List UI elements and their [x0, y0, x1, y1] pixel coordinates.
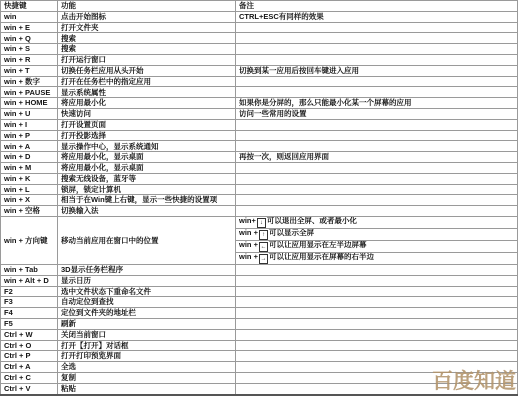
key-cell: win + 空格: [1, 206, 58, 217]
function-cell: 锁屏，锁定计算机: [58, 184, 236, 195]
function-cell: 移动当前应用在窗口中的位置: [58, 216, 236, 264]
note-cell: [236, 318, 518, 329]
table-row: F3自动定位到查找: [1, 297, 518, 308]
table-row: win + Tab3D显示任务栏程序: [1, 264, 518, 275]
key-cell: win + E: [1, 22, 58, 33]
table-row: win + X相当于在Win键上右键，显示一些快捷的设置项: [1, 195, 518, 206]
function-cell: 将应用最小化，显示桌面: [58, 162, 236, 173]
table-row: F5刷新: [1, 318, 518, 329]
function-cell: 打开在任务栏中的指定应用: [58, 76, 236, 87]
arrow-up-icon: ↑: [259, 230, 268, 240]
note-text: 可以退出全屏、或者最小化: [267, 216, 357, 225]
function-cell: 3D显示任务栏程序: [58, 264, 236, 275]
function-cell: 打开运行窗口: [58, 54, 236, 65]
header-shortcut: 快捷键: [1, 1, 58, 12]
note-cell: [236, 206, 518, 217]
function-cell: 复制: [58, 372, 236, 383]
key-prefix-label: win +: [239, 240, 258, 249]
note-cell: [236, 141, 518, 152]
key-cell: F4: [1, 308, 58, 319]
function-cell: 打开打印预览界面: [58, 351, 236, 362]
key-cell: win + Tab: [1, 264, 58, 275]
function-cell: 显示操作中心，显示系统通知: [58, 141, 236, 152]
note-cell: [236, 76, 518, 87]
note-cell: [236, 87, 518, 98]
function-cell: 打开文件夹: [58, 22, 236, 33]
note-cell: [236, 44, 518, 55]
function-cell: 显示系统属性: [58, 87, 236, 98]
key-cell: win + K: [1, 173, 58, 184]
function-cell: 显示日历: [58, 275, 236, 286]
key-cell: F2: [1, 286, 58, 297]
key-cell: F3: [1, 297, 58, 308]
table-row: win + HOME将应用最小化如果你是分屏的，那么只能最小化某一个屏幕的应用: [1, 98, 518, 109]
function-cell: 搜索: [58, 33, 236, 44]
shortcut-table: 快捷键 功能 备注 win点击开始图标CTRL+ESC有同样的效果win + E…: [0, 0, 518, 396]
function-cell: 粘贴: [58, 383, 236, 394]
table-row: Ctrl + W关闭当前窗口: [1, 329, 518, 340]
key-cell: win + L: [1, 184, 58, 195]
note-cell: [236, 264, 518, 275]
function-cell: 快速访问: [58, 108, 236, 119]
table-row: Ctrl + A全选: [1, 362, 518, 373]
table-row: win + R打开运行窗口: [1, 54, 518, 65]
note-cell: [236, 297, 518, 308]
note-cell: 访问一些常用的设置: [236, 108, 518, 119]
table-row: win + S搜索: [1, 44, 518, 55]
function-cell: 搜索: [58, 44, 236, 55]
key-cell: win + X: [1, 195, 58, 206]
note-cell: [236, 286, 518, 297]
table-row: win + T切换任务栏应用从头开始切换到某一应用后按回车键进入应用: [1, 65, 518, 76]
note-cell: [236, 195, 518, 206]
arrow-down-icon: ↓: [257, 218, 266, 228]
header-function: 功能: [58, 1, 236, 12]
key-cell: win + D: [1, 152, 58, 163]
key-cell: Ctrl + C: [1, 372, 58, 383]
arrow-left-icon: ←: [259, 242, 268, 252]
function-cell: 自动定位到查找: [58, 297, 236, 308]
table-row: F2选中文件状态下重命名文件: [1, 286, 518, 297]
key-cell: win + Alt + D: [1, 275, 58, 286]
function-cell: 打开投影选择: [58, 130, 236, 141]
key-cell: Ctrl + O: [1, 340, 58, 351]
note-cell: CTRL+ESC有同样的效果: [236, 11, 518, 22]
key-prefix-label: win+: [239, 216, 256, 225]
table-row: win + Alt + D显示日历: [1, 275, 518, 286]
table-row: win + L锁屏，锁定计算机: [1, 184, 518, 195]
key-cell: F5: [1, 318, 58, 329]
key-cell: win + U: [1, 108, 58, 119]
table-row: win + D将应用最小化，显示桌面再按一次，则返回应用界面: [1, 152, 518, 163]
key-cell: win + T: [1, 65, 58, 76]
table-row: win + I打开设置页面: [1, 119, 518, 130]
key-cell: win + S: [1, 44, 58, 55]
table-row: Ctrl + P打开打印预览界面: [1, 351, 518, 362]
note-cell: [236, 329, 518, 340]
key-cell: Ctrl + W: [1, 329, 58, 340]
table-row: win + E打开文件夹: [1, 22, 518, 33]
note-cell: win +↑可以显示全屏: [236, 228, 518, 240]
table-row: win + PAUSE显示系统属性: [1, 87, 518, 98]
note-cell: [236, 184, 518, 195]
note-cell: [236, 372, 518, 383]
table-row: Ctrl + C复制: [1, 372, 518, 383]
key-cell: win + R: [1, 54, 58, 65]
note-cell: 再按一次，则返回应用界面: [236, 152, 518, 163]
key-cell: win + I: [1, 119, 58, 130]
table-row: win + A显示操作中心，显示系统通知: [1, 141, 518, 152]
note-cell: [236, 54, 518, 65]
note-cell: [236, 130, 518, 141]
function-cell: 相当于在Win键上右键，显示一些快捷的设置项: [58, 195, 236, 206]
table-row: win + K搜索无线设备，蓝牙等: [1, 173, 518, 184]
function-cell: 切换输入法: [58, 206, 236, 217]
key-cell: win + PAUSE: [1, 87, 58, 98]
table-row: win + M将应用最小化，显示桌面: [1, 162, 518, 173]
key-cell: win + P: [1, 130, 58, 141]
key-cell: Ctrl + A: [1, 362, 58, 373]
table-row: win点击开始图标CTRL+ESC有同样的效果: [1, 11, 518, 22]
key-cell: win: [1, 11, 58, 22]
note-cell: [236, 119, 518, 130]
header-row: 快捷键 功能 备注: [1, 1, 518, 12]
note-cell: win +→可以让应用显示在屏幕的右半边: [236, 252, 518, 264]
note-cell: win+↓可以退出全屏、或者最小化: [236, 216, 518, 228]
table-row: win + Q搜索: [1, 33, 518, 44]
key-cell: win + 数字: [1, 76, 58, 87]
function-cell: 点击开始图标: [58, 11, 236, 22]
note-cell: [236, 308, 518, 319]
function-cell: 搜索无线设备，蓝牙等: [58, 173, 236, 184]
note-cell: [236, 383, 518, 394]
key-prefix-label: win +: [239, 228, 258, 237]
note-cell: [236, 362, 518, 373]
note-cell: [236, 351, 518, 362]
table-row: Ctrl + O打开【打开】对话框: [1, 340, 518, 351]
function-cell: 打开设置页面: [58, 119, 236, 130]
function-cell: 选中文件状态下重命名文件: [58, 286, 236, 297]
table-row: F4定位到文件夹的地址栏: [1, 308, 518, 319]
table-row-arrow-keys: win + 方向键移动当前应用在窗口中的位置win+↓可以退出全屏、或者最小化: [1, 216, 518, 228]
header-note: 备注: [236, 1, 518, 12]
note-cell: [236, 340, 518, 351]
key-prefix-label: win +: [239, 252, 258, 261]
function-cell: 全选: [58, 362, 236, 373]
key-cell: win + A: [1, 141, 58, 152]
note-text: 可以显示全屏: [269, 228, 314, 237]
note-text: 可以让应用显示在屏幕的右半边: [269, 252, 374, 261]
key-cell: win + 方向键: [1, 216, 58, 264]
function-cell: 切换任务栏应用从头开始: [58, 65, 236, 76]
function-cell: 定位到文件夹的地址栏: [58, 308, 236, 319]
note-cell: 切换到某一应用后按回车键进入应用: [236, 65, 518, 76]
table-row: win + U快速访问访问一些常用的设置: [1, 108, 518, 119]
function-cell: 将应用最小化: [58, 98, 236, 109]
note-text: 可以让应用显示在左半边屏幕: [269, 240, 367, 249]
key-cell: win + Q: [1, 33, 58, 44]
function-cell: 刷新: [58, 318, 236, 329]
note-cell: [236, 275, 518, 286]
function-cell: 将应用最小化，显示桌面: [58, 152, 236, 163]
table-row: win + 数字打开在任务栏中的指定应用: [1, 76, 518, 87]
table-row: win + P打开投影选择: [1, 130, 518, 141]
note-cell: 如果你是分屏的，那么只能最小化某一个屏幕的应用: [236, 98, 518, 109]
table-row: win + 空格切换输入法: [1, 206, 518, 217]
key-cell: win + M: [1, 162, 58, 173]
function-cell: 打开【打开】对话框: [58, 340, 236, 351]
note-cell: [236, 162, 518, 173]
note-cell: [236, 173, 518, 184]
arrow-right-icon: →: [259, 254, 268, 264]
note-cell: [236, 22, 518, 33]
note-cell: win +←可以让应用显示在左半边屏幕: [236, 240, 518, 252]
key-cell: Ctrl + P: [1, 351, 58, 362]
key-cell: win + HOME: [1, 98, 58, 109]
function-cell: 关闭当前窗口: [58, 329, 236, 340]
key-cell: Ctrl + V: [1, 383, 58, 394]
note-cell: [236, 33, 518, 44]
table-row: Ctrl + V粘贴: [1, 383, 518, 394]
